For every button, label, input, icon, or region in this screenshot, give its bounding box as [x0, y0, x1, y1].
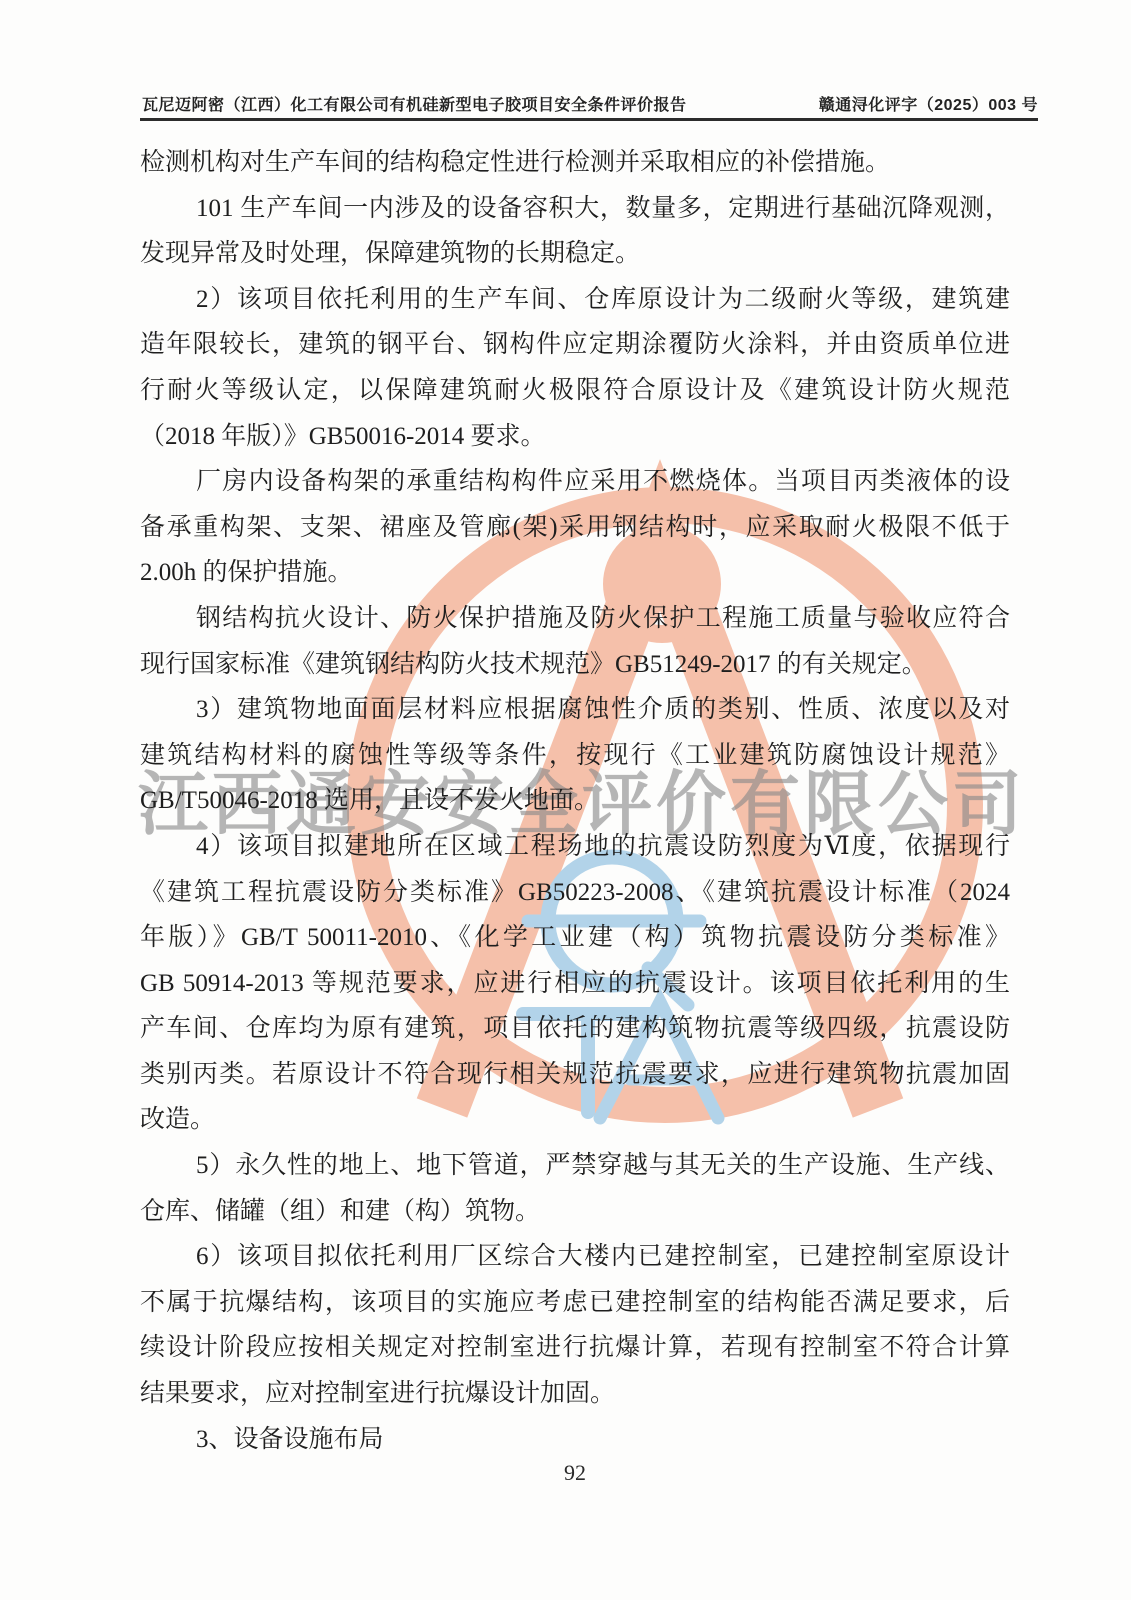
- text-line: 6）该项目拟依托利用厂区综合大楼内已建控制室，已建控制室原设计: [140, 1234, 1010, 1280]
- text-line: 改造。: [140, 1097, 1010, 1143]
- text-line: 3）建筑物地面面层材料应根据腐蚀性介质的类别、性质、浓度以及对: [140, 687, 1010, 733]
- text-line: 2）该项目依托利用的生产车间、仓库原设计为二级耐火等级，建筑建: [140, 277, 1010, 323]
- text-line: 年版）》GB/T 50011-2010、《化学工业建（构）筑物抗震设防分类标准》: [140, 915, 1010, 961]
- header-doc-number: 赣通浔化评字（2025）003 号: [819, 97, 1038, 115]
- text-line: 类别丙类。若原设计不符合现行相关规范抗震要求，应进行建筑物抗震加固: [140, 1052, 1010, 1098]
- text-line: 备承重构架、支架、裙座及管廊(架)采用钢结构时，应采取耐火极限不低于: [140, 505, 1010, 551]
- text-line: 产车间、仓库均为原有建筑，项目依托的建构筑物抗震等级四级，抗震设防: [140, 1006, 1010, 1052]
- text-line: 现行国家标准《建筑钢结构防火技术规范》GB51249-2017 的有关规定。: [140, 642, 1010, 688]
- text-line: 仓库、储罐（组）和建（构）筑物。: [140, 1189, 1010, 1235]
- text-line: 检测机构对生产车间的结构稳定性进行检测并采取相应的补偿措施。: [140, 140, 1010, 186]
- text-line: 结果要求，应对控制室进行抗爆设计加固。: [140, 1371, 1010, 1417]
- text-line: 钢结构抗火设计、防火保护措施及防火保护工程施工质量与验收应符合: [140, 596, 1010, 642]
- header-report-title: 瓦尼迈阿密（江西）化工有限公司有机硅新型电子胶项目安全条件评价报告: [142, 97, 687, 115]
- text-line: 2.00h 的保护措施。: [140, 550, 1010, 596]
- text-line: 4）该项目拟建地所在区域工程场地的抗震设防烈度为Ⅵ度，依据现行: [140, 824, 1010, 870]
- text-line: 3、设备设施布局: [140, 1417, 1010, 1463]
- document-page: 江西通安安全评价有限公司 瓦尼迈阿密（江西）化工有限公司有机硅新型电子胶项目安全…: [0, 0, 1131, 1600]
- text-line: GB 50914-2013 等规范要求，应进行相应的抗震设计。该项目依托利用的生: [140, 961, 1010, 1007]
- text-line: 造年限较长，建筑的钢平台、钢构件应定期涂覆防火涂料，并由资质单位进: [140, 322, 1010, 368]
- text-line: 不属于抗爆结构，该项目的实施应考虑已建控制室的结构能否满足要求，后: [140, 1280, 1010, 1326]
- body-text: 检测机构对生产车间的结构稳定性进行检测并采取相应的补偿措施。101 生产车间一内…: [140, 140, 1010, 1462]
- text-line: 发现异常及时处理，保障建筑物的长期稳定。: [140, 231, 1010, 277]
- text-line: GB/T50046-2018 选用，且设不发火地面。: [140, 778, 1010, 824]
- text-line: 《建筑工程抗震设防分类标准》GB50223-2008、《建筑抗震设计标准（202…: [140, 870, 1010, 916]
- page-number: 92: [140, 1460, 1010, 1486]
- header-rule: [140, 118, 1038, 121]
- text-line: 建筑结构材料的腐蚀性等级等条件，按现行《工业建筑防腐蚀设计规范》: [140, 733, 1010, 779]
- text-line: 101 生产车间一内涉及的设备容积大，数量多，定期进行基础沉降观测，: [140, 186, 1010, 232]
- text-line: 行耐火等级认定，以保障建筑耐火极限符合原设计及《建筑设计防火规范: [140, 368, 1010, 414]
- text-line: （2018 年版）》GB50016-2014 要求。: [140, 414, 1010, 460]
- text-line: 厂房内设备构架的承重结构构件应采用不燃烧体。当项目丙类液体的设: [140, 459, 1010, 505]
- text-line: 5）永久性的地上、地下管道，严禁穿越与其无关的生产设施、生产线、: [140, 1143, 1010, 1189]
- text-line: 续设计阶段应按相关规定对控制室进行抗爆计算，若现有控制室不符合计算: [140, 1325, 1010, 1371]
